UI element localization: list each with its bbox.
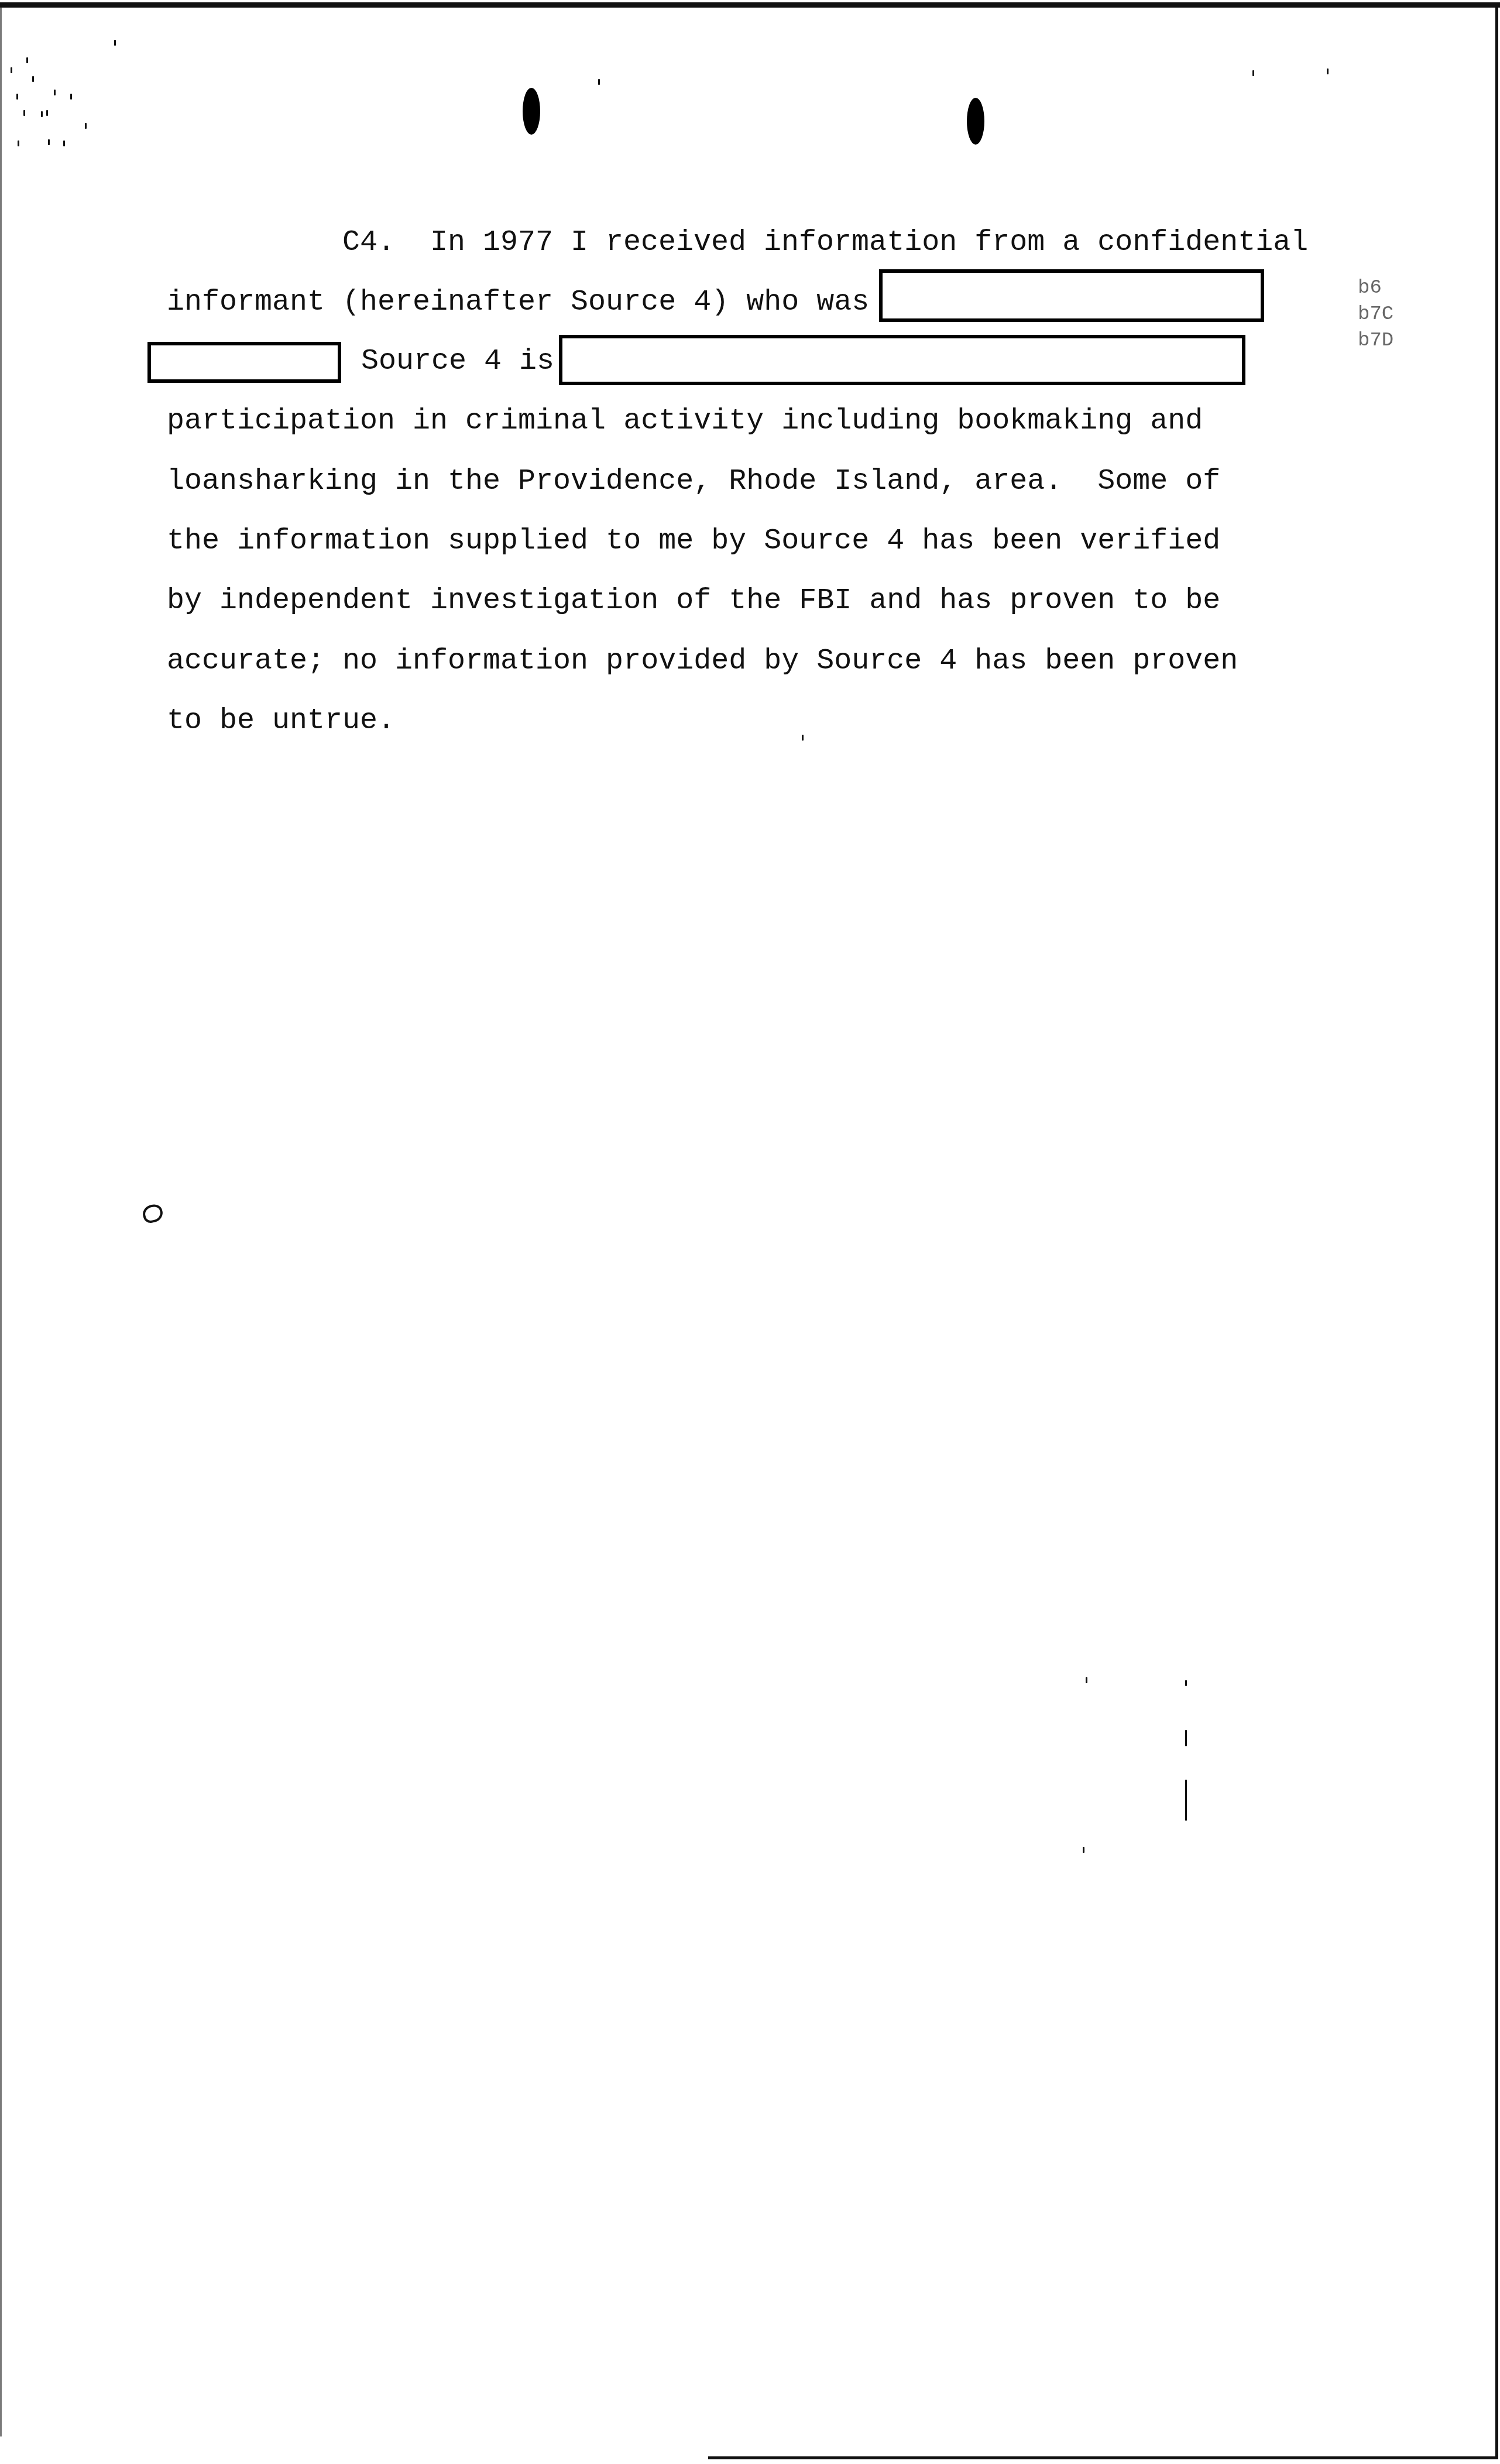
scan-speck bbox=[1185, 1680, 1187, 1686]
scan-speck bbox=[46, 110, 48, 116]
foia-exemption-codes: b6 b7C b7D bbox=[1358, 275, 1393, 354]
text-line-5: loansharking in the Providence, Rhode Is… bbox=[167, 464, 1220, 499]
redaction-box-1 bbox=[879, 269, 1264, 322]
exemption-code: b6 bbox=[1358, 275, 1393, 301]
scan-right-border bbox=[1495, 7, 1498, 2457]
scan-speck bbox=[802, 735, 804, 741]
scan-speck bbox=[114, 40, 116, 46]
scan-speck bbox=[70, 94, 72, 100]
scan-speck bbox=[26, 57, 28, 63]
scan-speck bbox=[41, 111, 43, 117]
scan-speck bbox=[63, 140, 65, 146]
scan-speck bbox=[11, 67, 12, 73]
text-line-7: by independent investigation of the FBI … bbox=[167, 584, 1220, 619]
scan-speck bbox=[23, 110, 25, 116]
scan-speck bbox=[1252, 70, 1254, 76]
exemption-code: b7D bbox=[1358, 328, 1393, 354]
text-line-4: participation in criminal activity inclu… bbox=[167, 404, 1203, 439]
text-line-3: Source 4 is bbox=[361, 344, 554, 379]
text-line-9: to be untrue. bbox=[167, 704, 395, 739]
scan-speck bbox=[32, 76, 34, 82]
text-line-2: informant (hereinafter Source 4) who was bbox=[167, 285, 869, 320]
exemption-code: b7C bbox=[1358, 301, 1393, 328]
scan-bottom-border bbox=[708, 2456, 1498, 2459]
scan-speck bbox=[598, 79, 600, 85]
stray-circle-mark bbox=[141, 1202, 165, 1225]
scan-speck bbox=[85, 123, 87, 129]
text-line-6: the information supplied to me by Source… bbox=[167, 524, 1220, 559]
scan-speck bbox=[1185, 1780, 1187, 1821]
scan-speck bbox=[18, 140, 19, 146]
document-page: C4. In 1977 I received information from … bbox=[0, 0, 1500, 2464]
scan-speck bbox=[1327, 68, 1329, 74]
redaction-box-3 bbox=[559, 335, 1245, 385]
scan-left-border bbox=[0, 7, 2, 2436]
redaction-box-2 bbox=[147, 342, 341, 383]
text-line-1: In 1977 I received information from a co… bbox=[430, 225, 1308, 261]
scan-speck bbox=[1086, 1677, 1087, 1683]
scan-speck bbox=[1185, 1730, 1187, 1746]
scan-speck bbox=[16, 94, 18, 100]
scan-speck bbox=[48, 139, 50, 145]
punch-hole-right bbox=[967, 98, 984, 145]
scan-speck bbox=[1083, 1847, 1084, 1853]
punch-hole-left bbox=[523, 88, 540, 135]
scan-speck bbox=[54, 90, 56, 95]
scan-top-border bbox=[0, 2, 1500, 8]
paragraph-number: C4. bbox=[342, 225, 395, 261]
text-line-8: accurate; no information provided by Sou… bbox=[167, 644, 1238, 679]
